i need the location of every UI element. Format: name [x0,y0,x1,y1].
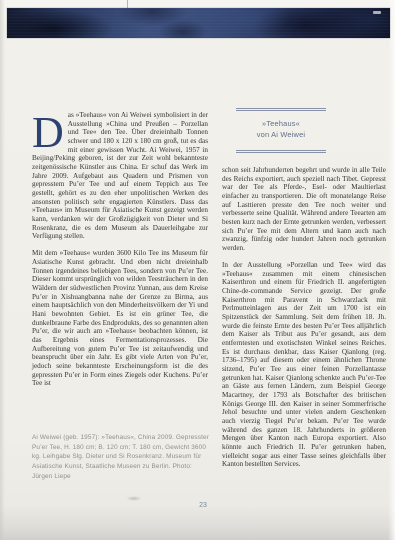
sidebar-heading-line1: »Teehaus« [236,119,326,130]
sidebar-heading-box: »Teehaus« von Ai Weiwei [236,108,326,153]
scanned-book-page: Das »Teehaus« von Ai Weiwei symbolisiert… [0,0,395,540]
paragraph-tee-export: schon seit Jahrhunderten begehrt und wur… [222,166,386,253]
paragraph-teehaus-intro: Das »Teehaus« von Ai Weiwei symbolisiert… [32,111,208,241]
sidebar-heading-line2: von Ai Weiwei [236,130,326,141]
sidebar-heading-text: »Teehaus« von Ai Weiwei [236,111,326,150]
left-text-column: Das »Teehaus« von Ai Weiwei symbolisiert… [32,111,208,388]
paragraph-ausstellung: In der Ausstellung »Porzellan und Tee« w… [222,261,386,469]
drop-cap-letter: D [32,112,64,154]
photo-strip-highlight-mark [373,11,381,14]
double-rule-bottom [236,150,326,153]
image-caption: Ai Weiwei (geb. 1957): »Teehaus«, China … [32,433,210,482]
scan-artifact-thread [127,0,128,8]
scan-artifact-smudge [126,496,142,501]
paragraph-puer-tee: Mit dem »Teehaus« wurden 3600 Kilo Tee i… [32,249,208,388]
page-number: 23 [193,502,213,509]
blue-porcelain-photo-strip [7,8,390,38]
right-text-column: »Teehaus« von Ai Weiwei schon seit Jahrh… [222,105,386,469]
